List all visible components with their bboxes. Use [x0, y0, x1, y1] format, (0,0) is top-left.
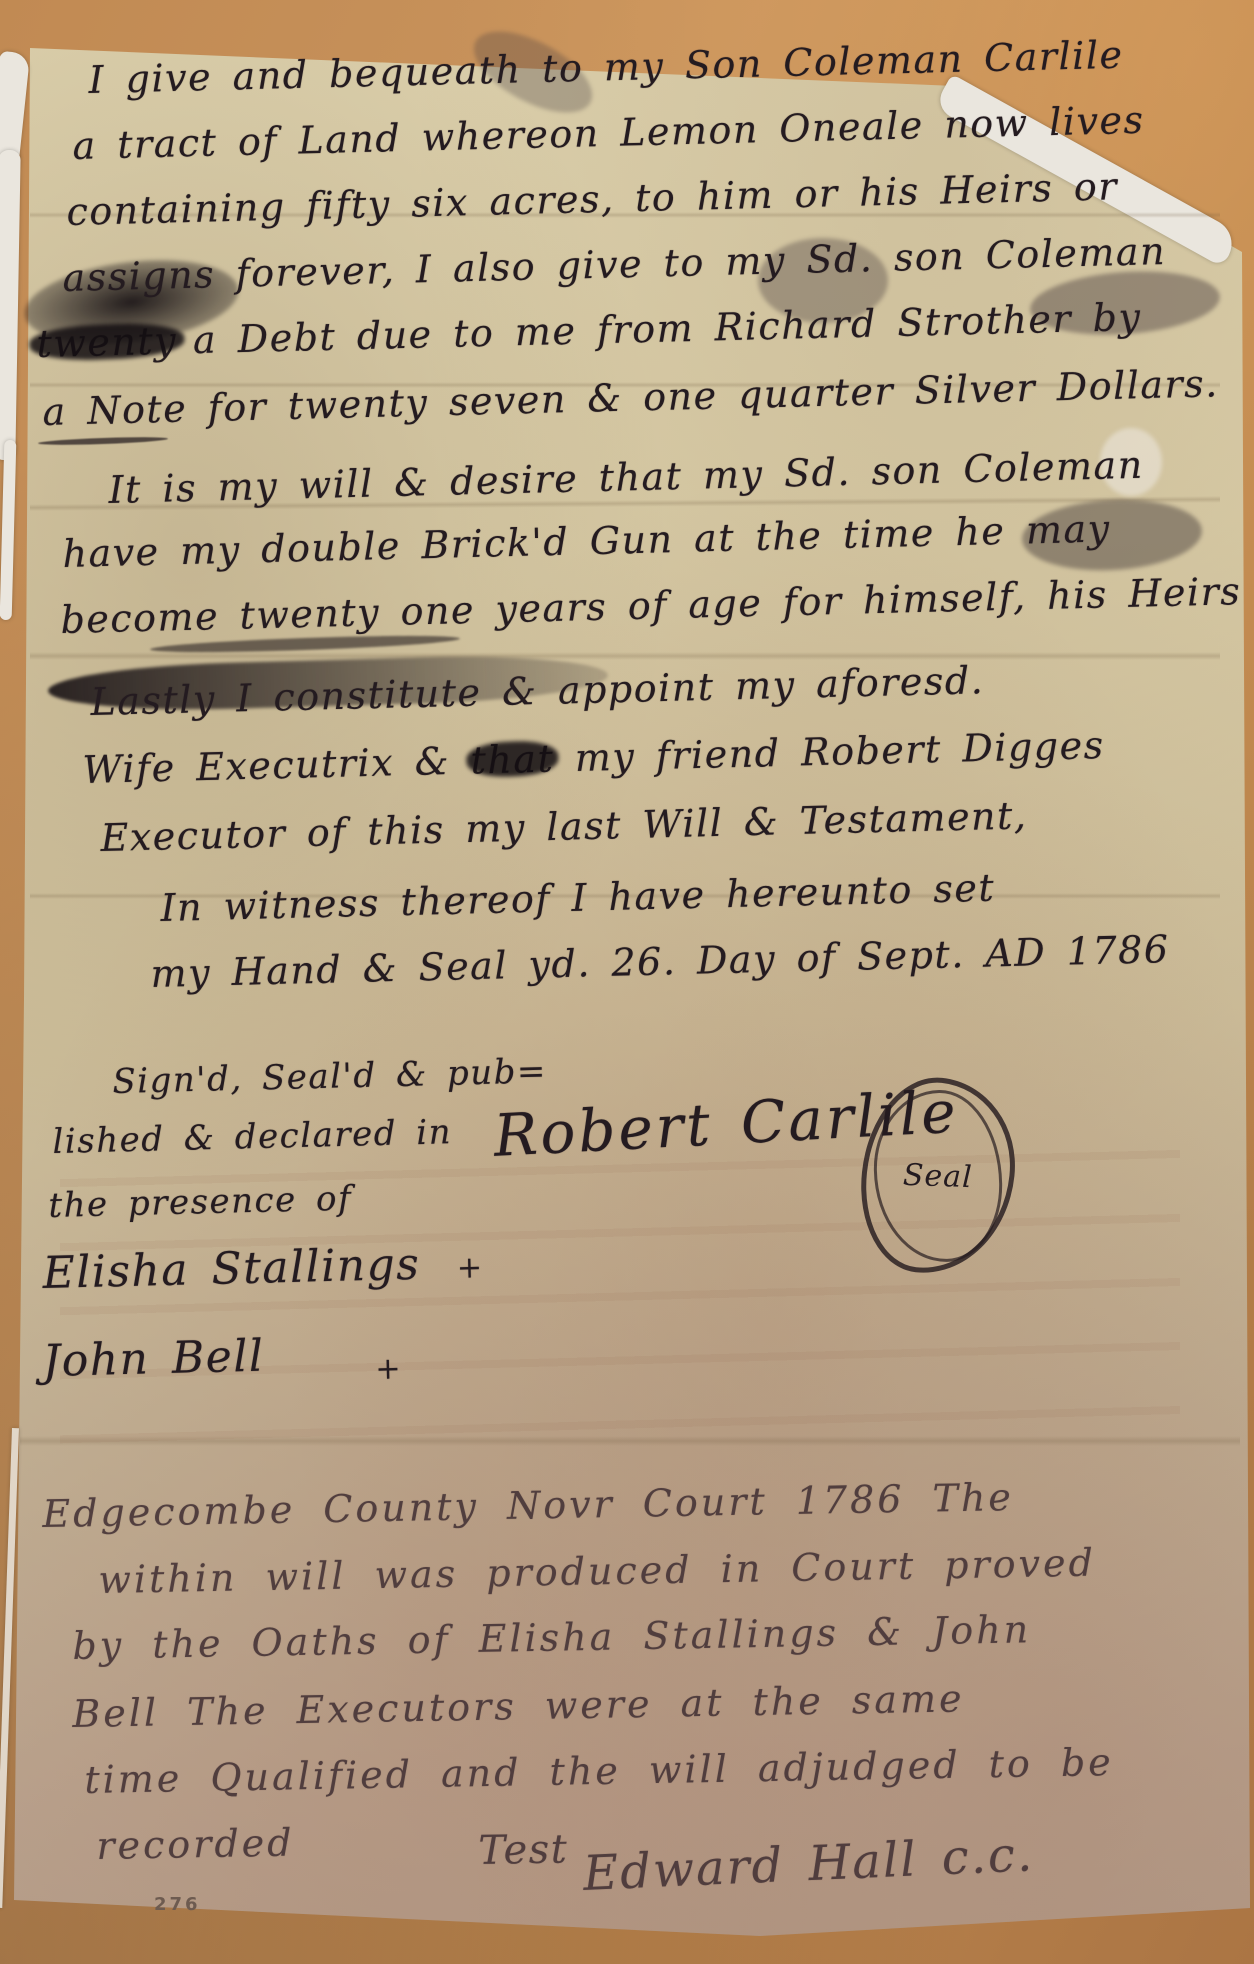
manuscript-photo: I give and bequeath to my Son Coleman Ca…: [0, 0, 1254, 1964]
witness-name-john-bell: John Bell: [42, 1331, 265, 1387]
struck-word-that: that: [470, 736, 555, 782]
struck-word-twenty: twenty: [36, 319, 178, 366]
witness-name-elisha-stallings: Elisha Stallings +: [42, 1237, 484, 1299]
will-line-11-prefix: Wife Executrix &: [82, 739, 450, 792]
test-label: Test: [478, 1826, 569, 1874]
attestation-line-3: the presence of: [48, 1179, 353, 1226]
page-number: 276: [154, 1894, 201, 1915]
witness2-cross-mark: +: [375, 1351, 402, 1387]
probate-line-6: recorded: [96, 1821, 295, 1868]
backing-strip-left: [0, 150, 21, 460]
witness1-text: Elisha Stallings: [42, 1239, 421, 1299]
seal-label: Seal: [903, 1157, 974, 1194]
backing-strip-left-2: [0, 440, 16, 620]
paper-crease: [30, 652, 1220, 660]
witness1-cross-mark: +: [456, 1250, 483, 1286]
